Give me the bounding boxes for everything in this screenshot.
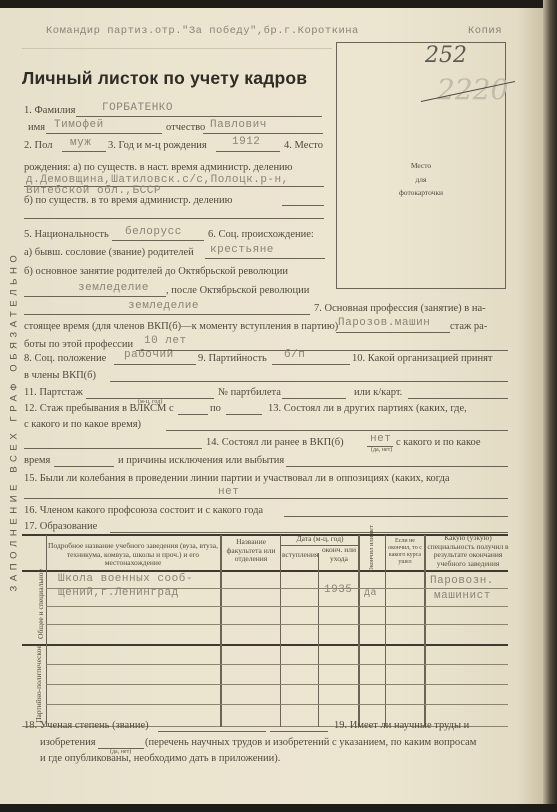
photo-placeholder: 252 2220 Место для фотокарточки <box>336 42 506 289</box>
occupation-before-value[interactable]: земледелие <box>78 282 149 294</box>
col-date: Дата (м-ц, год) <box>282 535 358 544</box>
nationality-value[interactable]: белорусс <box>125 226 182 238</box>
first-name-value[interactable]: Тимофей <box>54 119 104 131</box>
estate-value[interactable]: крестьяне <box>210 244 274 256</box>
former-member-value[interactable]: нет <box>370 433 391 445</box>
copy-mark: Копия <box>468 25 502 37</box>
occupation-after-value[interactable]: земледелие <box>128 300 199 312</box>
unit-line: Командир партиз.отр."За победу",бр.г.Кор… <box>46 25 359 37</box>
specialty-value-1[interactable]: Паровозн. <box>430 575 494 587</box>
opposition-value[interactable]: нет <box>218 486 239 498</box>
institution-value-1[interactable]: Школа военных сооб- <box>58 573 193 585</box>
scan-border-right <box>543 0 557 812</box>
surname-value[interactable]: ГОРБАТЕНКО <box>102 102 173 114</box>
social-status-value[interactable]: рабочий <box>124 349 174 361</box>
experience-value[interactable]: 10 лет <box>144 335 187 347</box>
graduated-value[interactable]: да <box>364 588 377 599</box>
specialty-value-2[interactable]: машинист <box>434 590 491 602</box>
scan-border-top <box>0 0 557 8</box>
col-course-left: Если не окончил, то с какого курса ушел <box>386 538 424 566</box>
col-graduated: Окончил или нет <box>368 532 376 572</box>
side-instruction: ЗАПОЛНЕНИЕ ВСЕХ ГРАФ ОБЯЗАТЕЛЬНО <box>6 216 22 626</box>
col-exit: оконч. или ухода <box>320 546 358 563</box>
col-institution: Подробное название учебного заведения (в… <box>48 542 218 568</box>
col-faculty: Название факультета или отделения <box>222 538 280 564</box>
sex-value[interactable]: муж <box>70 137 91 149</box>
profession-value[interactable]: Парозов.машин <box>338 317 430 329</box>
col-specialty: Какую (узкую) специальность получил в ре… <box>426 534 510 568</box>
personnel-record-sheet: Командир партиз.отр."За победу",бр.г.Кор… <box>0 8 545 806</box>
page-title: Личный листок по учету кадров <box>22 68 307 89</box>
birth-year-value[interactable]: 1912 <box>232 136 260 148</box>
scan-border-bottom <box>0 804 557 812</box>
exit-year-value[interactable]: 1935 <box>324 584 352 596</box>
col-entry: вступления <box>282 551 318 560</box>
archive-number: 252 <box>425 43 467 68</box>
party-value[interactable]: б/п <box>284 349 305 361</box>
institution-value-2[interactable]: щений,г.Ленинград <box>58 587 179 599</box>
patronymic-value[interactable]: Павлович <box>210 119 267 131</box>
